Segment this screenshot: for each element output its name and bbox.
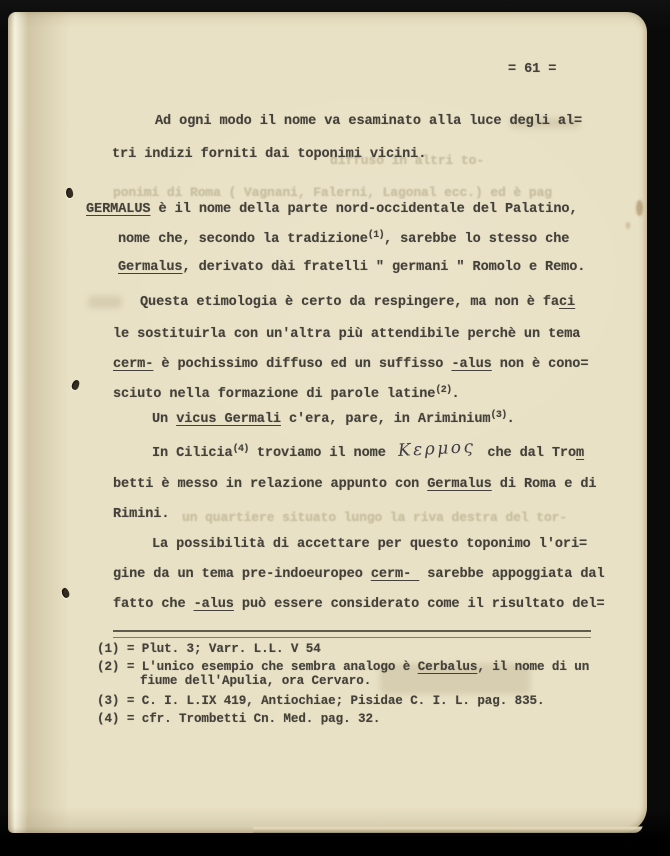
body-line: Ad ogni modo il nome va esaminato alla l… xyxy=(155,114,582,129)
body-line: nome che, secondo la tradizione(1), sare… xyxy=(118,232,569,247)
footnote-marker: (1) xyxy=(368,230,384,241)
photo-background: diffuso in altri to- ponimi di Roma ( Va… xyxy=(0,0,670,856)
body-line: fatto che -alus può essere considerato c… xyxy=(113,597,605,612)
greek-handwritten-word: Κερμος xyxy=(397,437,476,461)
underlined-term: Germalus xyxy=(427,477,491,492)
underlined-term: cerm- xyxy=(371,567,419,582)
footnote-line: (1) = Plut. 3; Varr. L.L. V 54 xyxy=(97,642,321,656)
body-line: GERMALUS è il nome della parte nord-occi… xyxy=(86,202,578,217)
underlined-term: m xyxy=(576,446,584,461)
body-line: Germalus, derivato dài fratelli " german… xyxy=(118,260,585,275)
underlined-term: vicus Germali xyxy=(176,412,281,427)
underlined-term: GERMALUS xyxy=(86,202,150,217)
body-line: gine da un tema pre-indoeuropeo cerm- sa… xyxy=(113,567,605,582)
body-line: Rimini. xyxy=(113,507,169,522)
footnote-marker: (4) xyxy=(233,444,249,455)
underlined-term: Germalus xyxy=(118,260,182,275)
underlined-term: ci xyxy=(559,295,575,310)
body-line: cerm- è pochissimo diffuso ed un suffiss… xyxy=(113,357,588,372)
underlined-term: cerm- xyxy=(113,357,153,372)
bleedthrough-text: ponimi di Roma ( Vagnani, Falerni, Lagon… xyxy=(113,185,552,200)
underlined-term: -alus xyxy=(451,357,491,372)
typewritten-text: diffuso in altri to- ponimi di Roma ( Va… xyxy=(0,0,670,856)
underlined-term: Cerbalus xyxy=(418,660,478,674)
underlined-term: -alus xyxy=(194,597,234,612)
body-line: le sostituirla con un'altra più attendib… xyxy=(113,327,580,342)
footnote-line: (2) = L'unico esempio che sembra analogo… xyxy=(97,660,589,674)
body-line: Questa etimologia è certo da respingere,… xyxy=(140,295,575,310)
body-line: La possibilità di accettare per questo t… xyxy=(152,537,587,552)
footnote-line: (4) = cfr. Trombetti Cn. Med. pag. 32. xyxy=(97,712,380,726)
footnote-marker: (3) xyxy=(490,410,506,421)
footnote-line: fiume dell'Apulia, ora Cervaro. xyxy=(140,674,371,688)
page-number: = 61 = xyxy=(508,62,556,77)
body-line: sciuto nella formazione di parole latine… xyxy=(113,387,460,402)
body-line: tri indizi forniti dai toponimi vicini. xyxy=(112,147,426,162)
footnote-line: (3) = C. I. L.IX 419, Antiochiae; Pisida… xyxy=(97,694,544,708)
footnote-separator-rule xyxy=(113,630,591,638)
footnote-marker: (2) xyxy=(435,385,451,396)
body-line: betti è messo in relazione appunto con G… xyxy=(113,477,596,492)
bleedthrough-text: un quartiere situato lungo la riva destr… xyxy=(182,510,567,525)
body-line: In Cilicia(4) troviamo il nomeΚερμοςche … xyxy=(152,441,584,461)
body-line: Un vicus Germali c'era, pare, in Arimini… xyxy=(152,412,515,427)
